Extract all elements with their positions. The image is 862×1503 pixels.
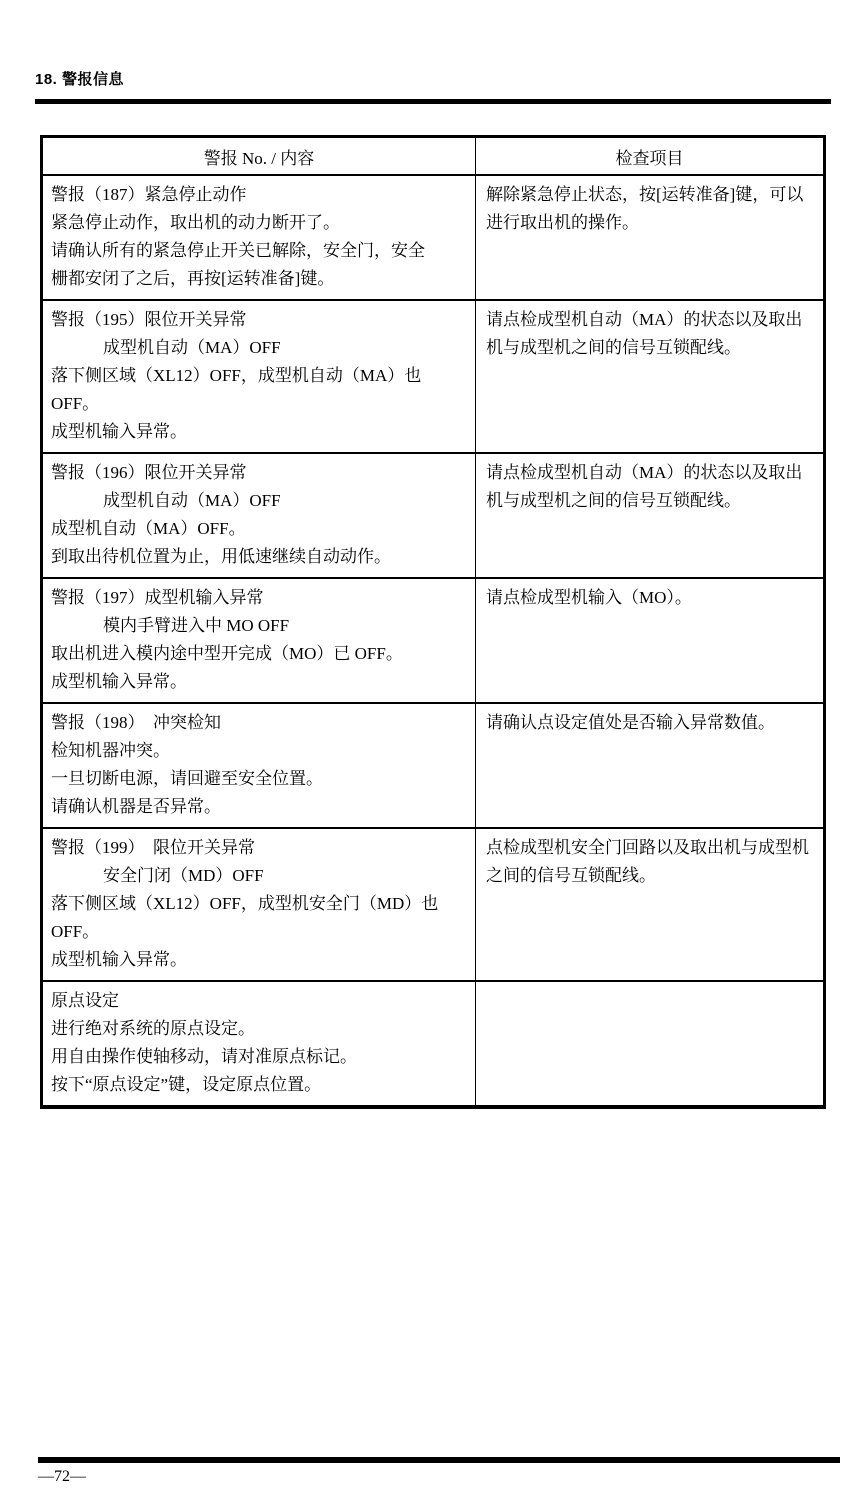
check-text: 请点检成型机自动（MA）的状态以及取出机与成型机之间的信号互锁配线。 <box>486 306 813 362</box>
alarm-line: 栅都安闭了之后，再按[运转准备]键。 <box>51 265 467 293</box>
alarm-line: 警报（195）限位开关异常 <box>51 306 467 334</box>
alarm-line: 检知机器冲突。 <box>51 737 467 765</box>
check-cell: 请点检成型机自动（MA）的状态以及取出机与成型机之间的信号互锁配线。 <box>476 454 823 577</box>
alarm-line: 请确认所有的紧急停止开关已解除，安全门，安全 <box>51 237 467 265</box>
alarm-cell: 原点设定进行绝对系统的原点设定。用自由操作使轴移动，请对准原点标记。按下“原点设… <box>43 982 476 1105</box>
table-row: 警报（196）限位开关异常成型机自动（MA）OFF成型机自动（MA）OFF。到取… <box>43 454 823 579</box>
alarm-line: 警报（198） 冲突检知 <box>51 709 467 737</box>
check-cell: 解除紧急停止状态，按[运转准备]键，可以进行取出机的操作。 <box>476 176 823 299</box>
check-text: 请点检成型机输入（MO）。 <box>486 584 813 612</box>
check-text: 点检成型机安全门回路以及取出机与成型机之间的信号互锁配线。 <box>486 834 813 890</box>
check-text: 解除紧急停止状态，按[运转准备]键，可以进行取出机的操作。 <box>486 181 813 237</box>
alarm-line: 成型机自动（MA）OFF。 <box>51 515 467 543</box>
alarm-cell: 警报（195）限位开关异常成型机自动（MA）OFF落下侧区域（XL12）OFF，… <box>43 301 476 452</box>
alarm-line: 模内手臂进入中 MO OFF <box>51 612 467 640</box>
check-cell: 点检成型机安全门回路以及取出机与成型机之间的信号互锁配线。 <box>476 829 823 980</box>
alarm-line: 用自由操作使轴移动，请对准原点标记。 <box>51 1043 467 1071</box>
table-header-row: 警报 No. / 内容 检查项目 <box>43 138 823 176</box>
alarm-line: 警报（197）成型机输入异常 <box>51 584 467 612</box>
alarm-line: 到取出待机位置为止，用低速继续自动动作。 <box>51 543 467 571</box>
alarm-line: 成型机输入异常。 <box>51 668 467 696</box>
alarm-cell: 警报（197）成型机输入异常模内手臂进入中 MO OFF取出机进入模内途中型开完… <box>43 579 476 702</box>
alarm-line: 紧急停止动作，取出机的动力断开了。 <box>51 209 467 237</box>
alarm-line: OFF。 <box>51 390 467 418</box>
alarm-line: 一旦切断电源，请回避至安全位置。 <box>51 765 467 793</box>
table-row: 警报（198） 冲突检知检知机器冲突。一旦切断电源，请回避至安全位置。请确认机器… <box>43 704 823 829</box>
alarm-cell: 警报（199） 限位开关异常安全门闭（MD）OFF落下侧区域（XL12）OFF，… <box>43 829 476 980</box>
alarm-line: 安全门闭（MD）OFF <box>51 862 467 890</box>
alarm-line: 成型机自动（MA）OFF <box>51 487 467 515</box>
alarm-line: OFF。 <box>51 918 467 946</box>
header-rule <box>35 99 831 104</box>
check-text: 请确认点设定值处是否输入异常数值。 <box>486 709 813 737</box>
alarm-line: 按下“原点设定”键，设定原点位置。 <box>51 1071 467 1099</box>
alarm-line: 警报（199） 限位开关异常 <box>51 834 467 862</box>
alarm-cell: 警报（198） 冲突检知检知机器冲突。一旦切断电源，请回避至安全位置。请确认机器… <box>43 704 476 827</box>
page-number: —72— <box>38 1468 86 1486</box>
check-cell: 请点检成型机自动（MA）的状态以及取出机与成型机之间的信号互锁配线。 <box>476 301 823 452</box>
alarm-line: 成型机输入异常。 <box>51 418 467 446</box>
check-cell: 请确认点设定值处是否输入异常数值。 <box>476 704 823 827</box>
column-header-check-items: 检查项目 <box>476 138 823 174</box>
alarm-line: 请确认机器是否异常。 <box>51 793 467 821</box>
table-row: 原点设定进行绝对系统的原点设定。用自由操作使轴移动，请对准原点标记。按下“原点设… <box>43 982 823 1105</box>
check-cell <box>476 982 823 1105</box>
table-row: 警报（199） 限位开关异常安全门闭（MD）OFF落下侧区域（XL12）OFF，… <box>43 829 823 982</box>
table-body: 警报（187）紧急停止动作紧急停止动作，取出机的动力断开了。请确认所有的紧急停止… <box>43 176 823 1105</box>
table-row: 警报（187）紧急停止动作紧急停止动作，取出机的动力断开了。请确认所有的紧急停止… <box>43 176 823 301</box>
column-header-alarm-no-content: 警报 No. / 内容 <box>43 138 476 174</box>
alarm-line: 取出机进入模内途中型开完成（MO）已 OFF。 <box>51 640 467 668</box>
alarm-line: 成型机输入异常。 <box>51 946 467 974</box>
table-row: 警报（195）限位开关异常成型机自动（MA）OFF落下侧区域（XL12）OFF，… <box>43 301 823 454</box>
section-title: 18. 警报信息 <box>35 68 124 89</box>
alarm-table: 警报 No. / 内容 检查项目 警报（187）紧急停止动作紧急停止动作，取出机… <box>40 135 826 1109</box>
check-text: 请点检成型机自动（MA）的状态以及取出机与成型机之间的信号互锁配线。 <box>486 459 813 515</box>
footer-rule <box>38 1457 840 1463</box>
check-cell: 请点检成型机输入（MO）。 <box>476 579 823 702</box>
alarm-cell: 警报（196）限位开关异常成型机自动（MA）OFF成型机自动（MA）OFF。到取… <box>43 454 476 577</box>
alarm-cell: 警报（187）紧急停止动作紧急停止动作，取出机的动力断开了。请确认所有的紧急停止… <box>43 176 476 299</box>
alarm-line: 落下侧区域（XL12）OFF，成型机安全门（MD）也 <box>51 890 467 918</box>
alarm-line: 落下侧区域（XL12）OFF，成型机自动（MA）也 <box>51 362 467 390</box>
alarm-line: 警报（196）限位开关异常 <box>51 459 467 487</box>
table-row: 警报（197）成型机输入异常模内手臂进入中 MO OFF取出机进入模内途中型开完… <box>43 579 823 704</box>
alarm-line: 警报（187）紧急停止动作 <box>51 181 467 209</box>
alarm-line: 进行绝对系统的原点设定。 <box>51 1015 467 1043</box>
alarm-line: 成型机自动（MA）OFF <box>51 334 467 362</box>
alarm-line: 原点设定 <box>51 987 467 1015</box>
